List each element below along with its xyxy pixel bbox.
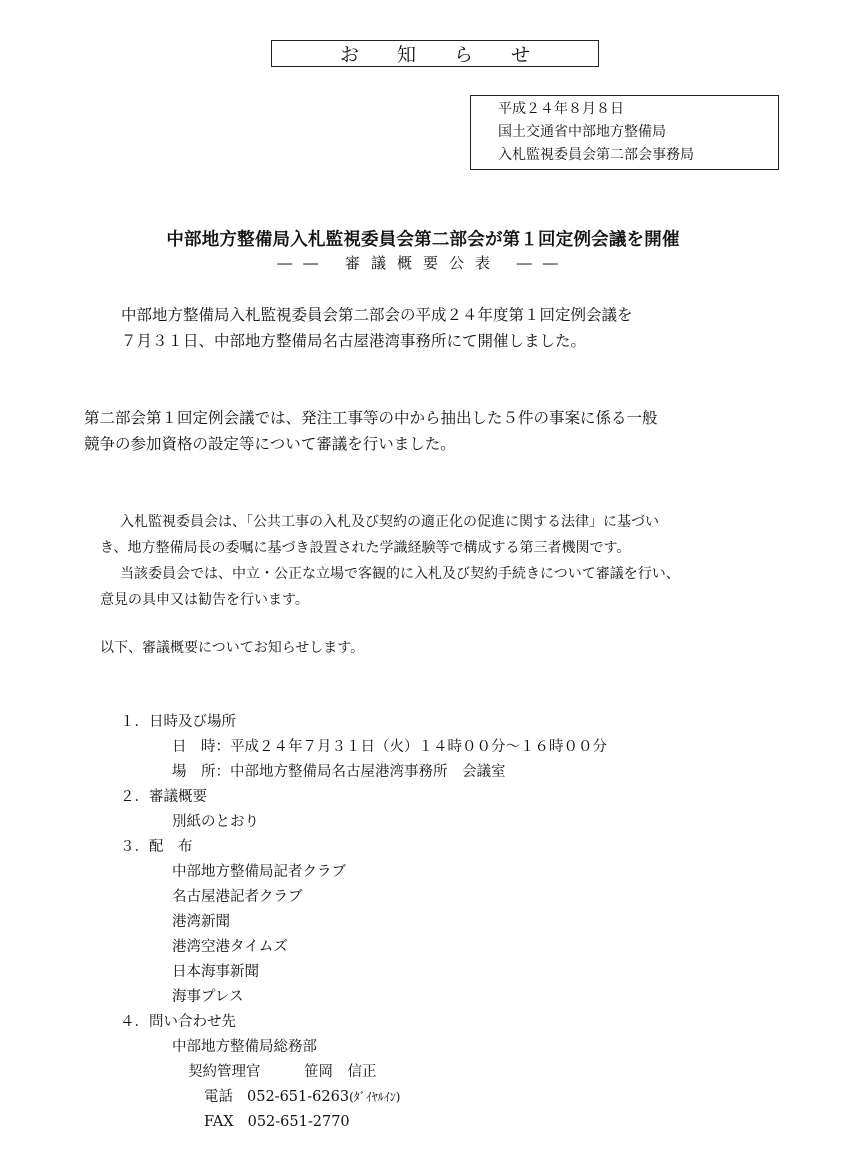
datetime-row: 日 時：平成２４年７月３１日（火）１４時００分～１６時００分 — [120, 735, 607, 760]
about-line: き、地方整備局長の委嘱に基づき設置された学識経験等で構成する第三者機関です。 — [100, 535, 680, 561]
place-label: 場 所： — [172, 764, 230, 780]
fax-row: FAX052-651-2770 — [120, 1110, 607, 1135]
intro-paragraph: 中部地方整備局入札監視委員会第二部会の平成２４年度第１回定例会議を ７月３１日、… — [121, 302, 633, 354]
fax-number: 052-651-2770 — [248, 1114, 350, 1130]
distribution-item: 中部地方整備局記者クラブ — [120, 860, 607, 885]
issuer-box: 平成２４年８月８日 国土交通省中部地方整備局 入札監視委員会第二部会事務局 — [470, 95, 779, 170]
distribution-item: 海事プレス — [120, 985, 607, 1010]
fax-label: FAX — [204, 1114, 234, 1130]
notice-title-char: せ — [511, 40, 530, 67]
page-title: 中部地方整備局入札監視委員会第二部会が第１回定例会議を開催 — [0, 226, 846, 251]
intro-line: ７月３１日、中部地方整備局名古屋港湾事務所にて開催しました。 — [121, 328, 633, 354]
contact-dept: 中部地方整備局総務部 — [120, 1035, 607, 1060]
phone-number: 052-651-6263 — [247, 1089, 349, 1105]
contact-person: 契約管理官 笹岡 信正 — [120, 1060, 607, 1085]
datetime-label: 日 時： — [172, 739, 230, 755]
notice-title-box: お 知 ら せ — [271, 40, 599, 67]
about-paragraph: 入札監視委員会は、「公共工事の入札及び契約の適正化の促進に関する法律」に基づい … — [100, 509, 680, 613]
section-heading: ３．配 布 — [120, 835, 607, 860]
summary-line: 競争の参加資格の設定等について審議を行いました。 — [84, 431, 658, 457]
distribution-item: 港湾空港タイムズ — [120, 935, 607, 960]
notice-title-char: お — [340, 40, 359, 67]
about-line: 当該委員会では、中立・公正な立場で客観的に入札及び契約手続きについて審議を行い、 — [100, 561, 680, 587]
subtitle: ―― 審議概要公表 ―― — [0, 252, 846, 273]
review-summary-body: 別紙のとおり — [120, 810, 607, 835]
notice-title-char: 知 — [397, 40, 416, 67]
distribution-item: 日本海事新聞 — [120, 960, 607, 985]
section-heading: ２．審議概要 — [120, 785, 607, 810]
phone-label: 電話 — [204, 1089, 233, 1105]
phone-note: (ﾀﾞｲﾔﾙｲﾝ) — [349, 1090, 400, 1104]
summary-paragraph: 第二部会第１回定例会議では、発注工事等の中から抽出した５件の事案に係る一般 競争… — [84, 405, 658, 457]
about-line: 意見の具申又は勧告を行います。 — [100, 587, 680, 613]
notice-title-char: ら — [454, 40, 473, 67]
intro-line: 中部地方整備局入札監視委員会第二部会の平成２４年度第１回定例会議を — [121, 302, 633, 328]
distribution-item: 港湾新聞 — [120, 910, 607, 935]
distribution-item: 名古屋港記者クラブ — [120, 885, 607, 910]
datetime-value: 平成２４年７月３１日（火）１４時００分～１６時００分 — [230, 739, 607, 755]
issuer-org: 国土交通省中部地方整備局 — [498, 121, 778, 144]
about-line: 入札監視委員会は、「公共工事の入札及び契約の適正化の促進に関する法律」に基づい — [100, 509, 680, 535]
place-row: 場 所：中部地方整備局名古屋港湾事務所 会議室 — [120, 760, 607, 785]
section-heading: １．日時及び場所 — [120, 710, 607, 735]
details-list: １．日時及び場所 日 時：平成２４年７月３１日（火）１４時００分～１６時００分 … — [120, 710, 607, 1135]
summary-line: 第二部会第１回定例会議では、発注工事等の中から抽出した５件の事案に係る一般 — [84, 405, 658, 431]
phone-row: 電話052-651-6263(ﾀﾞｲﾔﾙｲﾝ) — [120, 1085, 607, 1110]
section-heading: ４．問い合わせ先 — [120, 1010, 607, 1035]
issuer-office: 入札監視委員会第二部会事務局 — [498, 144, 778, 167]
place-value: 中部地方整備局名古屋港湾事務所 会議室 — [230, 764, 506, 780]
issue-date: 平成２４年８月８日 — [498, 98, 778, 121]
lead-text: 以下、審議概要についてお知らせします。 — [100, 635, 364, 661]
